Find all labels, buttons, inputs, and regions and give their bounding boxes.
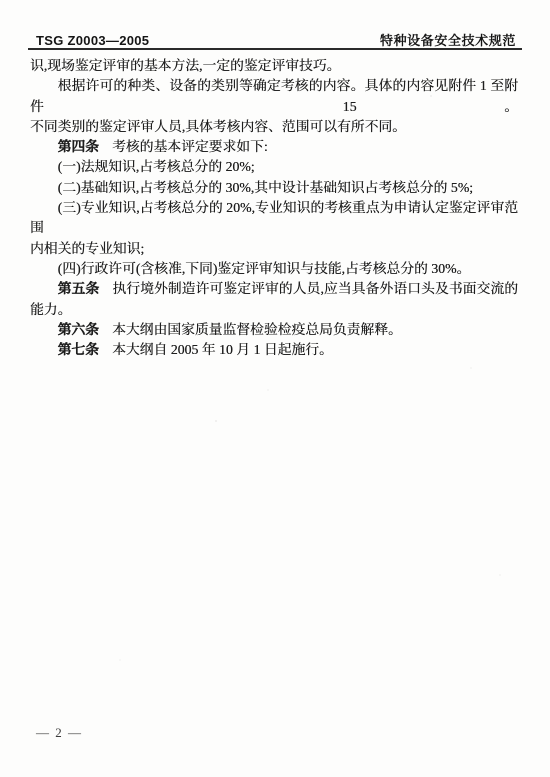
line-text: 能力。 bbox=[30, 302, 71, 317]
document-page: TSG Z0003—2005 特种设备安全技术规范 识,现场鉴定评审的基本方法,… bbox=[0, 0, 550, 777]
doc-title: 特种设备安全技术规范 bbox=[380, 30, 516, 49]
page-number: — 2 — bbox=[36, 725, 83, 740]
body-text-line: (二)基础知识,占考核总分的 30%,其中设计基础知识占考核总分的 5%; bbox=[30, 178, 518, 198]
line-text: 内相关的专业知识; bbox=[30, 241, 144, 256]
body-text-line: 识,现场鉴定评审的基本方法,一定的鉴定评审技巧。 bbox=[30, 56, 518, 76]
body-text-line: (四)行政许可(含核准,下同)鉴定评审知识与技能,占考核总分的 30%。 bbox=[30, 259, 518, 279]
line-text: (一)法规知识,占考核总分的 20%; bbox=[58, 159, 255, 174]
body-text-line: 内相关的专业知识; bbox=[30, 239, 518, 259]
page-header: TSG Z0003—2005 特种设备安全技术规范 bbox=[36, 30, 516, 49]
line-text: 不同类别的鉴定评审人员,具体考核内容、范围可以有所不同。 bbox=[30, 119, 406, 134]
header-rule bbox=[28, 48, 522, 50]
body-text-line: (三)专业知识,占考核总分的 20%,专业知识的考核重点为申请认定鉴定评审范围 bbox=[30, 198, 518, 239]
doc-code: TSG Z0003—2005 bbox=[36, 33, 149, 48]
line-text: 本大纲自 2005 年 10 月 1 日起施行。 bbox=[112, 342, 333, 357]
article-number: 第五条 bbox=[58, 281, 100, 296]
article-number: 第七条 bbox=[58, 342, 99, 357]
article-number: 第六条 bbox=[58, 322, 99, 337]
line-text: 执行境外制造许可鉴定评审的人员,应当具备外语口头及书面交流的 bbox=[112, 281, 518, 296]
line-text: 考核的基本评定要求如下: bbox=[112, 139, 268, 154]
body-text-line: 第四条考核的基本评定要求如下: bbox=[30, 137, 518, 157]
body-text-line: 第五条执行境外制造许可鉴定评审的人员,应当具备外语口头及书面交流的 bbox=[30, 279, 518, 299]
body-text-line: 不同类别的鉴定评审人员,具体考核内容、范围可以有所不同。 bbox=[30, 117, 518, 137]
line-text: 根据许可的种类、设备的类别等确定考核的内容。具体的内容见附件 1 至附件 15。 bbox=[30, 78, 518, 113]
body-text-line: 第七条本大纲自 2005 年 10 月 1 日起施行。 bbox=[30, 340, 518, 360]
article-number: 第四条 bbox=[58, 139, 99, 154]
body-text-line: 第六条本大纲由国家质量监督检验检疫总局负责解释。 bbox=[30, 320, 518, 340]
line-text: 识,现场鉴定评审的基本方法,一定的鉴定评审技巧。 bbox=[30, 58, 340, 73]
line-text: (三)专业知识,占考核总分的 20%,专业知识的考核重点为申请认定鉴定评审范围 bbox=[30, 200, 518, 235]
page-footer: — 2 — bbox=[36, 725, 83, 741]
line-text: (四)行政许可(含核准,下同)鉴定评审知识与技能,占考核总分的 30%。 bbox=[58, 261, 471, 276]
document-body: 识,现场鉴定评审的基本方法,一定的鉴定评审技巧。 根据许可的种类、设备的类别等确… bbox=[30, 56, 518, 360]
line-text: (二)基础知识,占考核总分的 30%,其中设计基础知识占考核总分的 5%; bbox=[58, 180, 473, 195]
body-text-line: 根据许可的种类、设备的类别等确定考核的内容。具体的内容见附件 1 至附件 15。 bbox=[30, 76, 518, 117]
body-text-line: (一)法规知识,占考核总分的 20%; bbox=[30, 157, 518, 177]
body-text-line: 能力。 bbox=[30, 300, 518, 320]
line-text: 本大纲由国家质量监督检验检疫总局负责解释。 bbox=[112, 322, 402, 337]
